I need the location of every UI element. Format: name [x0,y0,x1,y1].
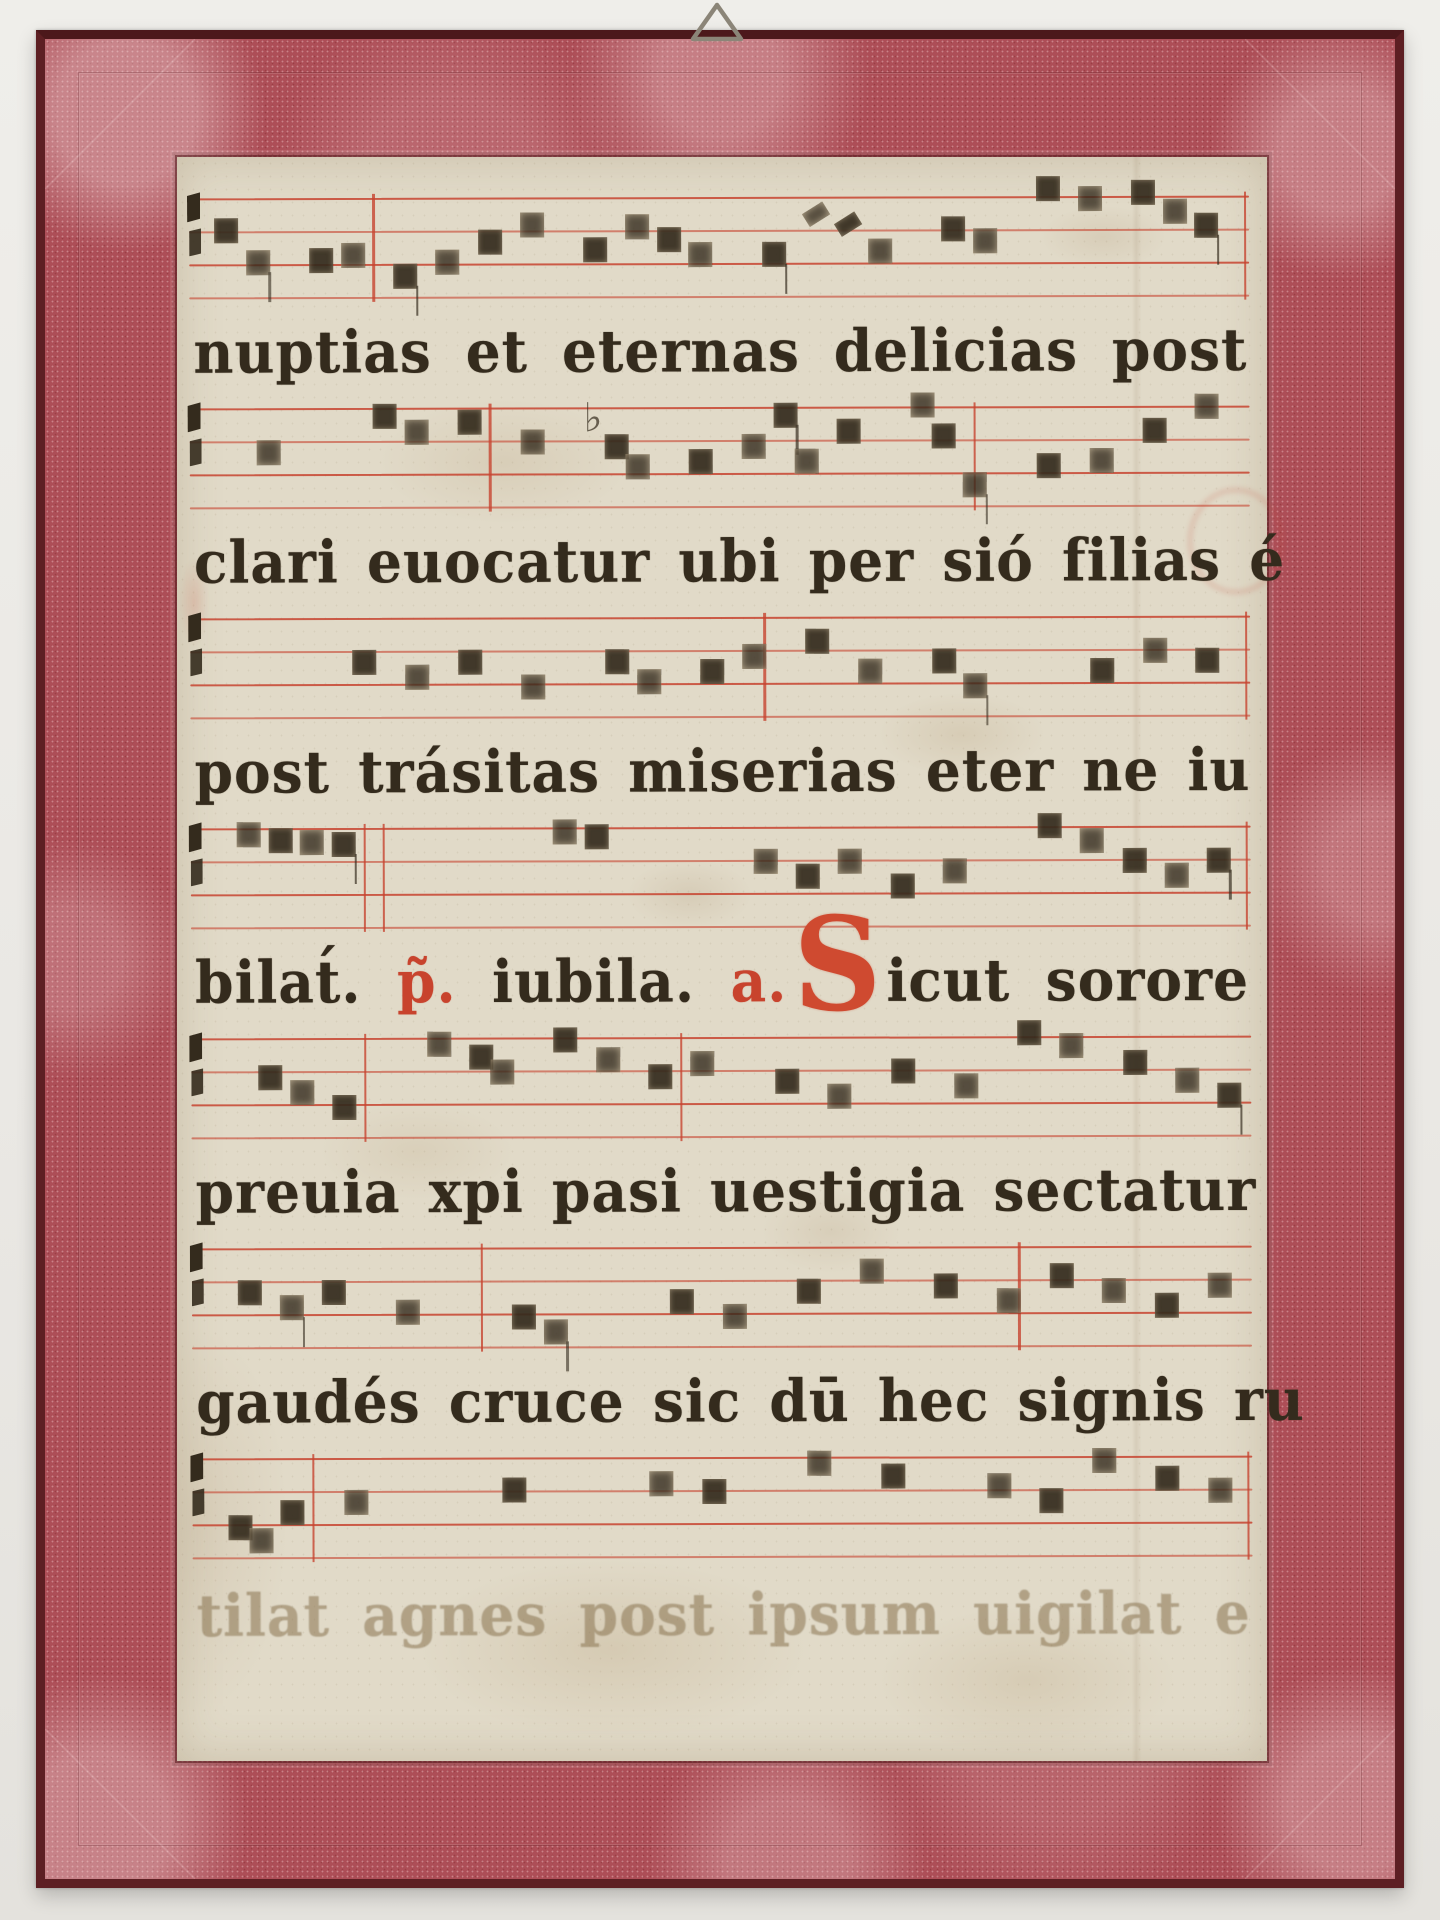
chant-text-line: clari euocatur ubi per sió filias é [194,521,1248,613]
square-neume [237,822,261,847]
square-neume [670,1289,694,1314]
square-neume [808,1451,832,1476]
square-neume [249,1528,273,1553]
square-neume [1092,1448,1116,1473]
square-neume [797,1279,821,1304]
square-neume [860,1259,884,1284]
staff-line [189,295,1249,300]
neume-tail [1229,870,1232,900]
square-neume [214,218,238,243]
text-segment: tilat agnes post ipsum uigilat e [197,1578,1251,1650]
square-neume [891,1058,915,1083]
music-staff [195,826,1249,928]
staff-barline [1244,192,1247,300]
music-staff: ♭ [194,406,1248,508]
staff-line [192,1312,1252,1317]
square-neume [1037,453,1061,478]
text-segment: nuptias et eternas delicias post [193,315,1247,387]
staff-line [190,505,1250,510]
square-neume [1195,648,1219,673]
square-neume [1207,848,1231,873]
neume-tail [986,695,989,725]
photo-backdrop: ♭nuptias et eternas delicias postclari e… [0,0,1440,1920]
staff-barline [489,404,492,512]
square-neume [1080,828,1104,853]
neume-tail [1240,1105,1243,1135]
square-neume [702,1479,726,1504]
square-neume [997,1288,1021,1313]
square-neume [512,1304,536,1329]
music-staff [193,196,1247,298]
text-segment: preuia xpi pasi uestigia sectatur [196,1155,1257,1227]
square-neume [700,659,724,684]
square-neume [762,242,786,267]
frame-mitre-corner [45,1729,195,1879]
square-neume [1164,863,1188,888]
square-neume [805,629,829,654]
square-neume [689,449,713,474]
square-neume [309,248,333,273]
square-neume [723,1304,747,1329]
square-neume [1078,186,1102,211]
square-neume [1090,658,1114,683]
staff-line [190,439,1250,444]
staff-barline [382,824,385,932]
text-segment: bilat́. [195,947,397,1016]
square-neume [478,230,502,255]
square-neume [280,1295,304,1320]
square-neume [931,423,955,448]
text-segment: gaudés cruce sic dū hec signis ru [196,1365,1305,1437]
square-neume [257,440,281,465]
square-neume [973,228,997,253]
staff-line [191,1036,1251,1041]
square-neume [322,1280,346,1305]
square-neume [393,264,417,289]
square-neume [520,212,544,237]
square-neume [490,1060,514,1085]
staff-line [192,1246,1252,1251]
square-neume [794,449,818,474]
staff-line [190,406,1250,411]
square-neume [1040,1488,1064,1513]
square-neume [796,864,820,889]
square-neume [753,849,777,874]
square-neume [858,659,882,684]
chant-text-line: bilat́. p̃. iubila. a.Sicut sorore [195,941,1249,1033]
square-neume [688,242,712,267]
square-neume [1155,1466,1179,1491]
chant-text-line: nuptias et eternas delicias post [193,311,1247,403]
square-neume [775,1069,799,1094]
square-neume [637,669,661,694]
square-neume [1050,1263,1074,1288]
square-neume [281,1500,305,1525]
square-neume [396,1300,420,1325]
square-neume [626,454,650,479]
square-neume [691,1051,715,1076]
flat-sign: ♭ [583,395,602,441]
text-segment: post trásitas miserias eter ne iu [194,735,1250,807]
square-neume [1122,848,1146,873]
square-neume [890,873,914,898]
chant-text-line: post trásitas miserias eter ne iu [194,731,1248,823]
picture-frame: ♭nuptias et eternas delicias postclari e… [36,30,1404,1888]
square-neume [625,214,649,239]
square-neume [1090,448,1114,473]
clef-mark [188,612,202,686]
square-neume [268,828,292,853]
square-neume [943,858,967,883]
staff-barline [480,1244,483,1352]
square-neume [332,832,356,857]
square-neume [1059,1033,1083,1058]
square-neume [605,649,629,674]
square-neume [553,819,577,844]
staff-line [190,616,1250,621]
clef-mark [189,1032,203,1106]
staff-barline [312,1454,315,1562]
staff-line [191,892,1251,897]
illuminated-initial: S [793,943,882,986]
square-neume [520,429,544,454]
square-neume [1102,1278,1126,1303]
staff-line [189,229,1249,234]
square-neume [773,403,797,428]
square-neume [596,1047,620,1072]
frame-window: ♭nuptias et eternas delicias postclari e… [175,155,1269,1763]
neume-tail [986,494,989,524]
neume-tail [303,1317,306,1347]
square-neume [1208,1273,1232,1298]
neume-tail [785,264,788,294]
square-neume [1163,199,1187,224]
square-neume [521,674,545,699]
square-neume [837,419,861,444]
neume-tail [354,854,357,884]
staff-line [190,715,1250,720]
square-neume [828,1084,852,1109]
square-neume [838,849,862,874]
square-neume [1123,1050,1147,1075]
square-neume [1194,213,1218,238]
text-segment: p̃. [397,947,457,1016]
manuscript-content: ♭nuptias et eternas delicias postclari e… [193,156,1251,1763]
text-segment: iubila. [457,946,731,1016]
square-neume [1218,1083,1242,1108]
staff-barline [1245,822,1248,930]
text-segment: a. [730,946,787,1015]
square-neume [1142,418,1166,443]
staff-barline [1245,612,1248,720]
square-neume [742,644,766,669]
staff-line [191,1069,1251,1074]
text-segment: clari euocatur ubi per sió filias é [194,525,1285,597]
square-neume [987,1473,1011,1498]
square-neume [941,216,965,241]
staff-line [192,1279,1252,1284]
square-neume [502,1478,526,1503]
square-neume [246,250,270,275]
staff-barline [372,194,375,302]
chant-text-line: gaudés cruce sic dū hec signis ru [196,1361,1250,1453]
square-neume [954,1073,978,1098]
square-neume [436,250,460,275]
square-neume [934,1273,958,1298]
square-neume [259,1065,283,1090]
music-staff [194,616,1248,718]
square-neume [458,650,482,675]
clef-mark [189,822,203,896]
staff-line [191,859,1251,864]
square-neume [404,420,428,445]
square-neume [341,243,365,268]
square-neume [868,239,892,264]
clef-mark [190,1242,204,1316]
square-neume [1155,1293,1179,1318]
square-neume [344,1490,368,1515]
square-neume [544,1319,568,1344]
square-neume [583,237,607,262]
staff-barline [364,1034,367,1142]
square-neume [373,404,397,429]
square-neume [427,1032,451,1057]
square-neume [932,648,956,673]
square-neume [352,650,376,675]
hanging-ring-icon [688,2,746,42]
square-neume [881,1464,905,1489]
square-neume [300,830,324,855]
square-neume [1036,176,1060,201]
square-neume [834,211,862,236]
staff-barline [680,1033,683,1141]
square-neume [405,665,429,690]
staff-line [190,649,1250,654]
clef-mark [188,402,202,476]
square-neume [332,1095,356,1120]
square-neume [1176,1068,1200,1093]
staff-line [192,1345,1252,1350]
chant-text-line: tilat agnes post ipsum uigilat e [197,1574,1251,1666]
text-segment: icut sorore [886,945,1249,1015]
music-staff [196,1456,1250,1558]
music-staff [195,1036,1249,1138]
square-neume [650,1471,674,1496]
music-staff [196,1246,1250,1348]
staff-line [193,1555,1253,1560]
clef-mark [187,192,201,266]
square-neume [290,1080,314,1105]
staff-barline [363,824,366,932]
staff-line [191,1135,1251,1140]
staff-line [192,1522,1252,1527]
neume-tail [268,272,271,302]
square-neume [648,1064,672,1089]
square-neume [964,673,988,698]
square-neume [657,227,681,252]
square-neume [742,434,766,459]
square-neume [1131,180,1155,205]
square-neume [802,202,830,227]
neume-tail [1217,235,1220,265]
square-neume [238,1280,262,1305]
square-neume [1143,638,1167,663]
frame-mitre-corner [45,39,195,189]
square-neume [457,410,481,435]
square-neume [963,472,987,497]
neume-tail [416,286,419,316]
staff-line [191,925,1251,930]
square-neume [1208,1478,1232,1503]
staff-barline [1247,1452,1250,1560]
chant-text-line: preuia xpi pasi uestigia sectatur [196,1151,1250,1243]
manuscript-leaf: ♭nuptias et eternas delicias postclari e… [177,157,1267,1761]
clef-mark [190,1452,204,1526]
square-neume [585,824,609,849]
